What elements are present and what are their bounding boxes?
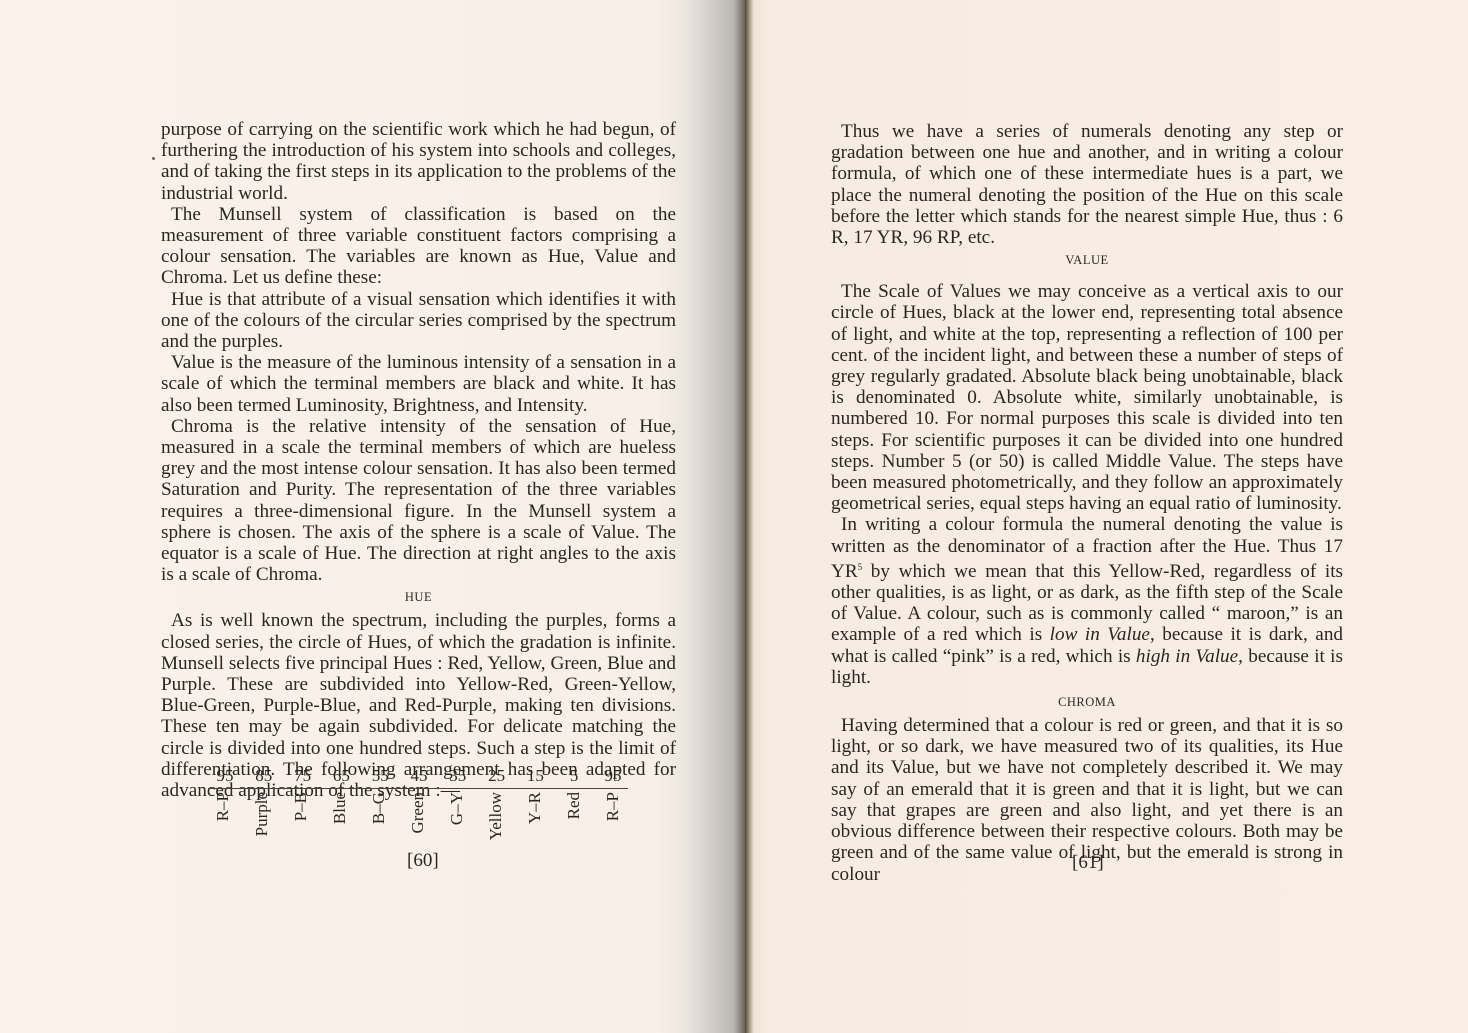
page-number: [61] xyxy=(1072,852,1104,874)
section-heading-value: VALUE xyxy=(831,252,1343,269)
hue-number: 25 xyxy=(482,766,512,786)
hue-label: R–P xyxy=(603,792,623,821)
hue-number: 65 xyxy=(326,766,356,786)
right-page-body: Thus we have a series of numerals denoti… xyxy=(831,121,1343,885)
book-spread: purpose of carrying on the scientific wo… xyxy=(0,0,1468,1033)
hue-label: Green xyxy=(408,792,428,834)
left-page-body: purpose of carrying on the scientific wo… xyxy=(161,119,676,801)
hue-number: 15 xyxy=(520,766,550,786)
hue-number: 95 xyxy=(598,766,628,786)
hue-number: 55 xyxy=(365,766,395,786)
hue-label: Red xyxy=(564,792,584,819)
hue-label: Yellow xyxy=(486,792,506,840)
hue-number: 85 xyxy=(249,766,279,786)
hue-label: B–G xyxy=(369,792,389,824)
page-number: [60] xyxy=(407,850,439,872)
paragraph: Chroma is the relative intensity of the … xyxy=(161,416,676,586)
section-heading-hue: HUE xyxy=(161,589,676,606)
hue-number: 5 xyxy=(559,766,589,786)
hue-number: 45 xyxy=(404,766,434,786)
paragraph: The Scale of Values we may conceive as a… xyxy=(831,281,1343,514)
paragraph: Hue is that attribute of a visual sensat… xyxy=(161,289,676,353)
stray-mark xyxy=(152,157,155,160)
hue-label: G–Y xyxy=(447,792,467,825)
left-page: purpose of carrying on the scientific wo… xyxy=(0,0,745,1033)
italic-term: low in Value xyxy=(1050,624,1150,645)
hue-label: Purple xyxy=(252,792,272,836)
hue-label: Blue xyxy=(330,792,350,824)
hue-label: P–B xyxy=(291,792,311,821)
paragraph: The Munsell system of classification is … xyxy=(161,204,676,289)
hue-scale-rule xyxy=(208,788,628,789)
section-heading-chroma: CHROMA xyxy=(831,694,1343,711)
paragraph: Thus we have a series of numerals denoti… xyxy=(831,121,1343,248)
hue-label: Y–R xyxy=(525,792,545,824)
paragraph: purpose of carrying on the scientific wo… xyxy=(161,119,676,204)
hue-number: 35 xyxy=(443,766,473,786)
hue-number: 95 xyxy=(210,766,240,786)
italic-term: high in Value xyxy=(1136,646,1238,667)
hue-scale-numbers: 95 85 75 65 55 45 35 25 15 5 95 xyxy=(208,766,628,786)
paragraph: Value is the measure of the luminous int… xyxy=(161,352,676,416)
hue-number: 75 xyxy=(288,766,318,786)
hue-label: R–P xyxy=(213,792,233,821)
paragraph: In writing a colour formula the numeral … xyxy=(831,514,1343,688)
